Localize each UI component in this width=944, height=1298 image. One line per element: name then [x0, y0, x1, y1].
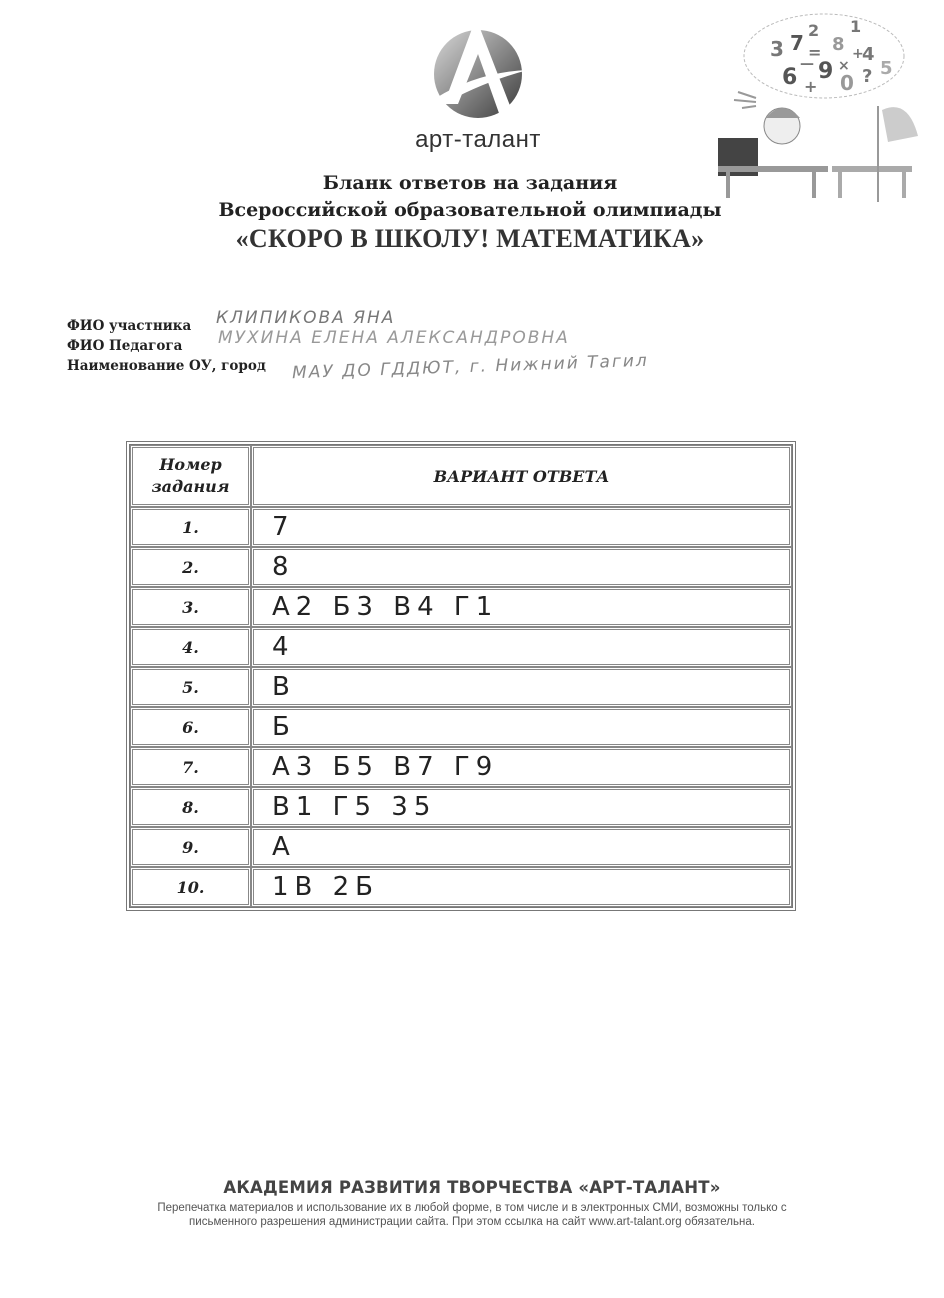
- table-header-row: Номер задания ВАРИАНТ ОТВЕТА: [130, 445, 792, 507]
- task-number: 6.: [130, 707, 251, 747]
- footer-note-line2: письменного разрешения администрации сай…: [90, 1215, 854, 1229]
- answer-field[interactable]: А3 Б5 В7 Г9: [251, 747, 792, 787]
- answer-field[interactable]: 7: [251, 507, 792, 547]
- svg-text:1: 1: [850, 17, 861, 36]
- svg-text:0: 0: [840, 71, 854, 95]
- table-row: 5. В: [130, 667, 792, 707]
- footer-note-line1: Перепечатка материалов и использование и…: [90, 1201, 854, 1215]
- answer-field[interactable]: В: [251, 667, 792, 707]
- teacher-name-field[interactable]: МУХИНА ЕЛЕНА АЛЕКСАНДРОВНА: [218, 328, 570, 348]
- title-line-2: Всероссийской образовательной олимпиады: [150, 197, 790, 224]
- header-number-line2: задания: [133, 476, 248, 498]
- task-number: 1.: [130, 507, 251, 547]
- answer-field[interactable]: А2 Б3 В4 Г1: [251, 587, 792, 627]
- svg-text:6: 6: [782, 65, 797, 90]
- title-line-1: Бланк ответов на задания: [150, 170, 790, 197]
- header-answer: ВАРИАНТ ОТВЕТА: [251, 445, 792, 507]
- title-line-3: «СКОРО В ШКОЛУ! МАТЕМАТИКА»: [150, 224, 790, 254]
- svg-text:5: 5: [880, 58, 893, 79]
- participant-label: ФИО участника: [67, 318, 191, 334]
- svg-text:9: 9: [818, 59, 833, 84]
- task-number: 9.: [130, 827, 251, 867]
- table-row: 1. 7: [130, 507, 792, 547]
- school-field[interactable]: МАУ ДО ГДДЮТ, г. Нижний Тагил: [292, 351, 649, 383]
- participant-name-field[interactable]: КЛИПИКОВА ЯНА: [216, 308, 395, 328]
- header-task-number: Номер задания: [130, 445, 251, 507]
- task-number: 7.: [130, 747, 251, 787]
- table-row: 9. А: [130, 827, 792, 867]
- task-number: 3.: [130, 587, 251, 627]
- footer-note: Перепечатка материалов и использование и…: [90, 1201, 854, 1229]
- answer-field[interactable]: 4: [251, 627, 792, 667]
- svg-text:?: ?: [862, 66, 872, 87]
- answer-table: Номер задания ВАРИАНТ ОТВЕТА 1. 7 2. 8 3…: [126, 441, 796, 911]
- answer-field[interactable]: А: [251, 827, 792, 867]
- task-number: 8.: [130, 787, 251, 827]
- art-talant-logo-icon: [418, 12, 538, 122]
- teacher-label: ФИО Педагога: [67, 338, 182, 354]
- answer-field[interactable]: 8: [251, 547, 792, 587]
- svg-text:3: 3: [770, 37, 784, 61]
- logo-text: арт-талант: [370, 126, 586, 154]
- svg-text:2: 2: [808, 21, 819, 40]
- answer-field[interactable]: Б: [251, 707, 792, 747]
- form-title: Бланк ответов на задания Всероссийской о…: [150, 170, 790, 254]
- svg-text:8: 8: [832, 34, 845, 55]
- table-row: 4. 4: [130, 627, 792, 667]
- svg-text:7: 7: [790, 31, 804, 55]
- header-number-line1: Номер: [133, 454, 248, 476]
- table-row: 10. 1В 2Б: [130, 867, 792, 907]
- table-row: 8. В1 Г5 35: [130, 787, 792, 827]
- answer-field[interactable]: 1В 2Б: [251, 867, 792, 907]
- school-label: Наименование ОУ, город: [67, 358, 266, 374]
- table-row: 6. Б: [130, 707, 792, 747]
- svg-text:+: +: [804, 77, 817, 96]
- task-number: 5.: [130, 667, 251, 707]
- task-number: 10.: [130, 867, 251, 907]
- task-number: 4.: [130, 627, 251, 667]
- answer-field[interactable]: В1 Г5 35: [251, 787, 792, 827]
- svg-text:—: —: [800, 56, 814, 72]
- table-row: 2. 8: [130, 547, 792, 587]
- table-row: 7. А3 Б5 В7 Г9: [130, 747, 792, 787]
- footer-title: АКАДЕМИЯ РАЗВИТИЯ ТВОРЧЕСТВА «АРТ-ТАЛАНТ…: [90, 1178, 854, 1197]
- svg-text:4: 4: [862, 44, 875, 65]
- table-row: 3. А2 Б3 В4 Г1: [130, 587, 792, 627]
- task-number: 2.: [130, 547, 251, 587]
